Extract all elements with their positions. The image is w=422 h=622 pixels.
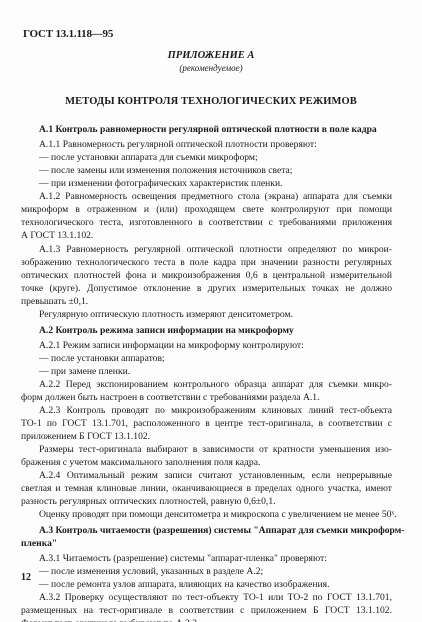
text-line: бражения с учетом максимального заполнен… [21, 456, 392, 469]
text-line: размещенных на тест-оригинале в соответс… [21, 604, 392, 617]
text-line: А.1.1 Равномерность регулярной оптическо… [21, 138, 392, 151]
text-line: зображению технологического теста в поле… [21, 256, 392, 269]
text-line: А.2.3 Контроль проводят по микроизображе… [21, 404, 392, 417]
text-line: форм должен быть настроен в соответствии… [21, 391, 392, 404]
text-line: Оценку проводят при помощи денситометра … [21, 508, 392, 521]
page-number: 12 [21, 572, 31, 583]
document-header: ГОСТ 13.1.118—95 [23, 28, 113, 40]
text-line: — после изменения условий, указанных в р… [21, 565, 392, 578]
text-line: А.3.1 Читаемость (разрешение) системы "а… [21, 552, 392, 565]
text-line: оптических плотностей фона и микроизобра… [21, 269, 392, 282]
text-line: точке (круге). Допустимое отклонение в д… [21, 282, 392, 295]
text-line: А.2.4 Оптимальный режим записи считают у… [21, 469, 392, 482]
text-line: разность регулярных оптических плотносте… [21, 495, 392, 508]
text-line: микроформ в отраженном и (или) проходяще… [21, 203, 392, 216]
section-heading: пленка" [21, 537, 392, 550]
text-line: превышать ±0,1. [21, 295, 392, 308]
text-line: А.3.2 Проверку осуществляют по тест-объе… [21, 591, 392, 604]
text-line: — при замене пленки. [21, 365, 392, 378]
document-body: А.1 Контроль равномерности регулярной оп… [21, 123, 392, 622]
text-line: технологического теста, изготовленного в… [21, 216, 392, 229]
text-line: А.2.1 Режим записи информации на микрофо… [21, 339, 392, 352]
appendix-title: ПРИЛОЖЕНИЕ А [0, 50, 422, 61]
text-line: — после замены или изменения положения и… [21, 164, 392, 177]
text-line: Регулярную оптическую плотность измеряют… [21, 308, 392, 321]
text-line: — после установки аппарата для съемки ми… [21, 151, 392, 164]
section-heading: А.3 Контроль читаемости (разрешения) сис… [21, 524, 392, 537]
text-line: А.1.2 Равномерность освещения предметног… [21, 190, 392, 203]
section-heading: А.2 Контроль режима записи информации на… [21, 324, 392, 337]
section-title: МЕТОДЫ КОНТРОЛЯ ТЕХНОЛОГИЧЕСКИХ РЕЖИМОВ [0, 96, 422, 107]
text-line: А ГОСТ 13.1.102. [21, 229, 392, 242]
text-line: — после установки аппаратов; [21, 352, 392, 365]
text-line: светлая и темная клиновые линии, оканчив… [21, 482, 392, 495]
appendix-subtitle: (рекомендуемое) [0, 63, 422, 73]
text-line: ТО-1 по ГОСТ 13.1.701, расположенного в … [21, 417, 392, 430]
text-line: — при изменении фотографических характер… [21, 177, 392, 190]
text-line: — после ремонта узлов аппарата, влияющих… [21, 578, 392, 591]
text-line: А.2.2 Перед экспонированием контрольного… [21, 378, 392, 391]
section-heading: А.1 Контроль равномерности регулярной оп… [21, 123, 392, 136]
text-line: А.1.3 Равномерность регулярной оптическо… [21, 243, 392, 256]
text-line: Размеры тест-оригинала выбирают в зависи… [21, 443, 392, 456]
text-line: приложением Б ГОСТ 13.1.102. [21, 430, 392, 443]
text-line: Формат тест-оригинала выбирают по А.2.3. [21, 617, 392, 622]
